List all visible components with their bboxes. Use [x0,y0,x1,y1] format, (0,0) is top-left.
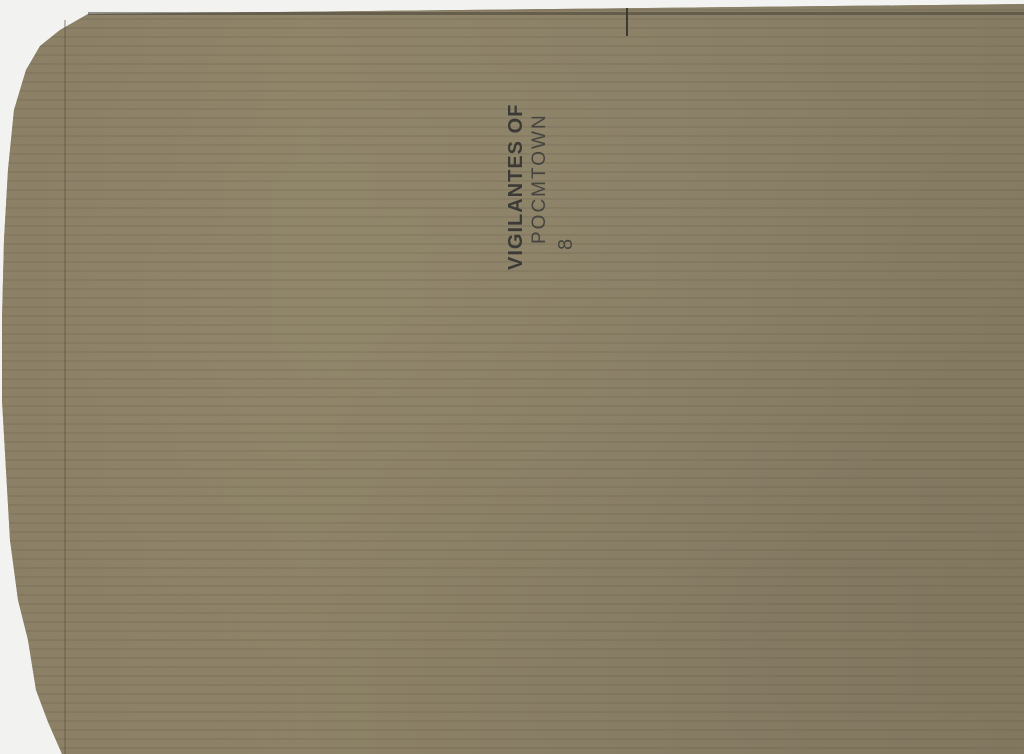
ink-mark [626,8,628,36]
stamp-line-1: VIGILANTES OF [506,104,530,270]
stamp-line-2: POCMTOWN [530,104,556,244]
envelope-top-edge [88,12,1024,15]
envelope-fold-line [64,20,66,754]
rubber-stamp: VIGILANTES OF POCMTOWN 8 [506,104,576,270]
stamp-line-3: 8 [556,104,576,250]
